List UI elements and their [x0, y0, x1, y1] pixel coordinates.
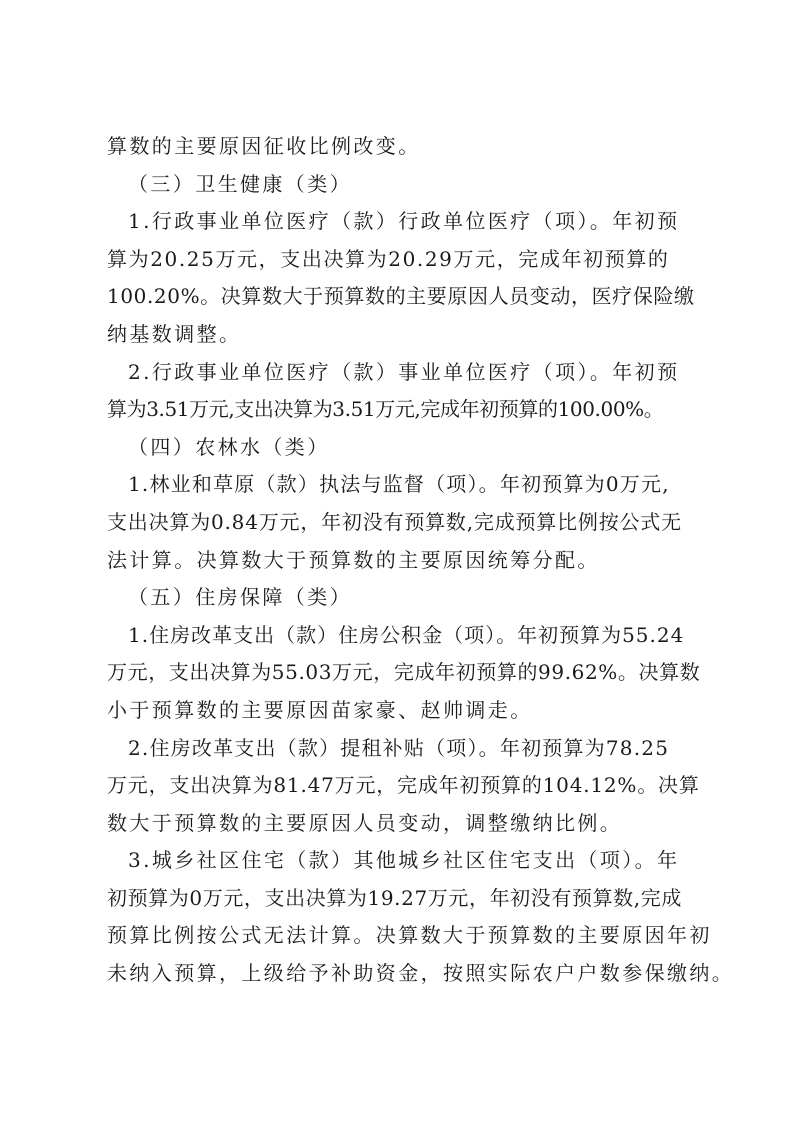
body-line: 算为20.25万元，支出决算为20.29万元，完成年初预算的	[107, 241, 697, 279]
document-page: 算数的主要原因征收比例改变。 （三）卫生健康（类） 1.行政事业单位医疗（款）行…	[0, 0, 793, 1122]
body-line: 纳基数调整。	[107, 316, 697, 354]
body-line: 算为3.51万元,支出决算为3.51万元,完成年初预算的100.00%。	[107, 391, 697, 429]
body-line: 100.20%。决算数大于预算数的主要原因人员变动，医疗保险缴	[107, 278, 697, 316]
section-heading-health: （三）卫生健康（类）	[107, 166, 697, 204]
section-heading-agriculture: （四）农林水（类）	[107, 429, 697, 467]
body-line: 1.林业和草原（款）执法与监督（项）。年初预算为0万元,	[107, 466, 697, 504]
body-line: 算数的主要原因征收比例改变。	[107, 128, 697, 166]
body-line: 2.住房改革支出（款）提租补贴（项）。年初预算为78.25	[107, 730, 697, 768]
body-line: 预算比例按公式无法计算。决算数大于预算数的主要原因年初	[107, 917, 697, 955]
body-line: 未纳入预算，上级给予补助资金，按照实际农户户数参保缴纳。	[107, 955, 697, 993]
body-line: 法计算。决算数大于预算数的主要原因统筹分配。	[107, 542, 697, 580]
body-line: 2.行政事业单位医疗（款）事业单位医疗（项）。年初预	[107, 354, 697, 392]
document-body: 算数的主要原因征收比例改变。 （三）卫生健康（类） 1.行政事业单位医疗（款）行…	[107, 128, 697, 993]
body-line: 万元，支出决算为55.03万元，完成年初预算的99.62%。决算数	[107, 654, 697, 692]
body-line: 数大于预算数的主要原因人员变动，调整缴纳比例。	[107, 805, 697, 843]
body-line: 万元，支出决算为81.47万元，完成年初预算的104.12%。决算	[107, 767, 697, 805]
body-line: 小于预算数的主要原因苗家豪、赵帅调走。	[107, 692, 697, 730]
body-line: 1.住房改革支出（款）住房公积金（项）。年初预算为55.24	[107, 617, 697, 655]
body-line: 支出决算为0.84万元，年初没有预算数,完成预算比例按公式无	[107, 504, 697, 542]
body-line: 初预算为0万元，支出决算为19.27万元，年初没有预算数,完成	[107, 880, 697, 918]
body-line: 3.城乡社区住宅（款）其他城乡社区住宅支出（项）。年	[107, 842, 697, 880]
section-heading-housing: （五）住房保障（类）	[107, 579, 697, 617]
body-line: 1.行政事业单位医疗（款）行政单位医疗（项）。年初预	[107, 203, 697, 241]
